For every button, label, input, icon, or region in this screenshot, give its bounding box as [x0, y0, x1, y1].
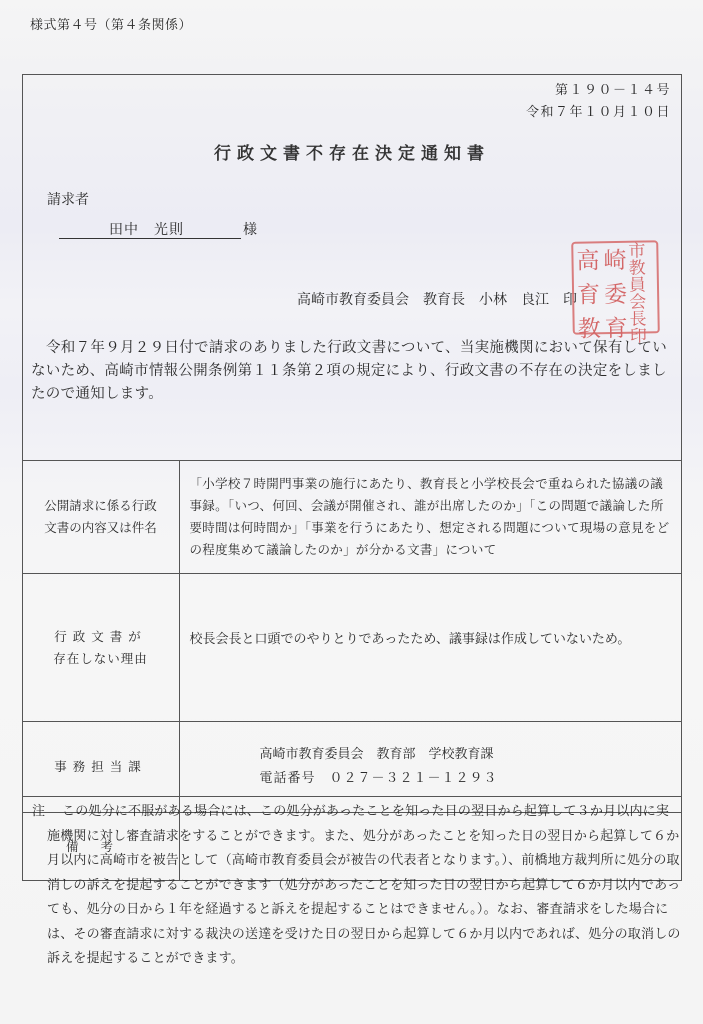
row-label-line: 存在しない理由 — [27, 648, 175, 670]
requested-document-subject: 「小学校７時開門事業の施行にあたり、教育長と小学校長会で重ねられた協議の議事録。… — [179, 461, 681, 574]
form-number: 様式第４号（第４条関係） — [30, 14, 192, 33]
department-name: 高崎市教育委員会 教育部 学校教育課 — [260, 743, 671, 767]
label-cell: 事務担当課 — [22, 722, 179, 813]
label-cell: 行政文書が 存在しない理由 — [22, 574, 179, 722]
official-seal-stamp: 高 崎 市教 育 委 員会 教 育 長印 — [571, 240, 660, 335]
row-label-line: 公開請求に係る行政 — [27, 495, 175, 517]
intro-paragraph: 令和７年９月２９日付で請求のありました行政文書について、当実施機関において保有し… — [31, 337, 673, 406]
department-contact: 高崎市教育委員会 教育部 学校教育課 電話番号 ０２７－３２１－１２９３ — [179, 722, 681, 813]
requester-honorific: 様 — [243, 219, 257, 239]
table-row-department: 事務担当課 高崎市教育委員会 教育部 学校教育課 電話番号 ０２７－３２１－１２… — [22, 722, 681, 813]
nonexistence-reason: 校長会長と口頭でのやりとりであったため、議事録は作成していないため。 — [179, 574, 681, 722]
row-label-line: 文書の内容又は件名 — [27, 517, 175, 539]
seal-char: 市教 — [628, 243, 656, 277]
document-title: 行政文書不存在決定通知書 — [23, 139, 681, 164]
table-row-subject: 公開請求に係る行政 文書の内容又は件名 「小学校７時開門事業の施行にあたり、教育… — [22, 461, 681, 574]
notice-frame: 第１９０－１４号 令和７年１０月１０日 行政文書不存在決定通知書 請求者 田中 … — [22, 74, 682, 797]
row-label-line: 行政文書が — [27, 626, 175, 648]
label-cell: 公開請求に係る行政 文書の内容又は件名 — [22, 461, 179, 574]
requester-label: 請求者 — [47, 189, 89, 209]
department-phone: 電話番号 ０２７－３２１－１２９３ — [260, 767, 671, 791]
seal-char: 高 — [574, 244, 602, 278]
note-text: この処分に不服がある場合には、この処分があったことを知った日の翌日から起算して３… — [47, 804, 681, 966]
seal-char: 委 — [602, 278, 630, 312]
appeal-note: 注 この処分に不服がある場合には、この処分があったことを知った日の翌日から起算し… — [32, 800, 682, 972]
note-body: この処分に不服がある場合には、この処分があったことを知った日の翌日から起算して３… — [32, 800, 682, 972]
document-page: 様式第４号（第４条関係） 第１９０－１４号 令和７年１０月１０日 行政文書不存在… — [0, 0, 703, 1024]
document-date: 令和７年１０月１０日 — [526, 101, 671, 120]
table-row-reason: 行政文書が 存在しない理由 校長会長と口頭でのやりとりであったため、議事録は作成… — [22, 574, 681, 722]
issuer-signature: 高崎市教育委員会 教育長 小林 良江 印 — [297, 289, 577, 309]
seal-char: 員会 — [629, 277, 657, 311]
document-number: 第１９０－１４号 — [555, 79, 671, 98]
seal-char: 崎 — [601, 244, 629, 278]
row-label-line: 事務担当課 — [27, 756, 175, 778]
seal-char: 育 — [575, 278, 603, 312]
requester-name: 田中 光則 — [109, 219, 184, 239]
note-head: 注 — [32, 800, 45, 825]
